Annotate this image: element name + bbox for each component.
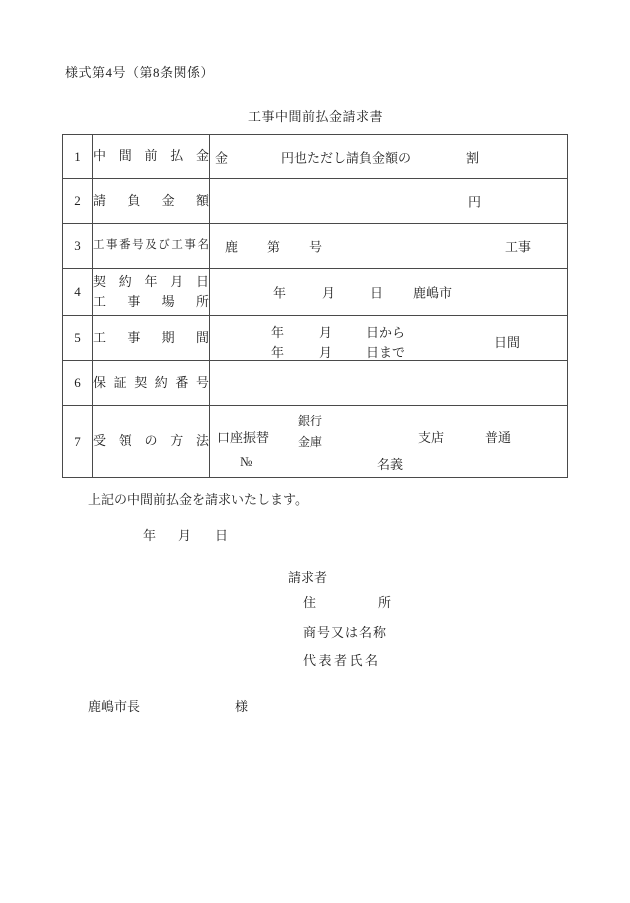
- row-number: 5: [63, 316, 93, 361]
- payment-request-table: 1 中間前払金 金 円也ただし請負金額の 割 2 請負金額 円: [62, 134, 568, 478]
- date-day-label: 日: [215, 525, 228, 544]
- from-year-label: 年: [271, 322, 284, 341]
- interim-advance-amount-cell: 金 円也ただし請負金額の 割: [210, 135, 568, 179]
- construction-suffix: 工事: [505, 237, 531, 256]
- row-label-line1: 契約年月日: [93, 272, 209, 292]
- row-label-cell: 工事番号及び工事名: [93, 224, 210, 269]
- row-label-cell: 工事期間: [93, 316, 210, 361]
- account-type-label: 普通: [485, 427, 511, 446]
- row-label: 受領の方法: [93, 431, 209, 451]
- construction-number-name-cell: 鹿 第 号 工事: [210, 224, 568, 269]
- credit-union-label: 金庫: [298, 432, 322, 453]
- to-year-label: 年: [271, 342, 284, 361]
- requester-representative-label: 代表者氏名: [303, 650, 381, 669]
- to-month-label: 月: [319, 342, 332, 361]
- to-day-label: 日まで: [366, 342, 405, 361]
- form-number: 様式第4号（第8条関係）: [65, 62, 214, 81]
- row-label-cell: 保証契約番号: [93, 361, 210, 406]
- amount-prefix: 金: [215, 147, 228, 166]
- recipient-honorific: 様: [235, 696, 248, 715]
- table-row-6: 6 保証契約番号: [63, 361, 568, 406]
- recipient-title: 鹿嶋市長: [88, 696, 140, 715]
- bank-label: 銀行: [298, 411, 322, 432]
- guarantee-contract-number-cell: [210, 361, 568, 406]
- row-label-cell: 請負金額: [93, 179, 210, 224]
- from-day-label: 日から: [366, 322, 405, 341]
- table-row-3: 3 工事番号及び工事名 鹿 第 号 工事: [63, 224, 568, 269]
- row-number: 1: [63, 135, 93, 179]
- row-label: 請負金額: [93, 191, 209, 211]
- row-number: 6: [63, 361, 93, 406]
- number-dai: 第: [267, 237, 280, 256]
- row-label-cell: 契約年月日 工事場所: [93, 269, 210, 316]
- row-label: 工事番号及び工事名: [93, 237, 209, 255]
- table-row-1: 1 中間前払金 金 円也ただし請負金額の 割: [63, 135, 568, 179]
- transfer-method-label: 口座振替: [217, 427, 269, 446]
- page-title: 工事中間前払金請求書: [248, 106, 383, 125]
- table-row-4: 4 契約年月日 工事場所 年 月 日 鹿嶋市: [63, 269, 568, 316]
- from-month-label: 月: [319, 322, 332, 341]
- construction-period-cell: 年 月 日から 年 月 日まで 日間: [210, 316, 568, 361]
- row-label-line2: 工事場所: [93, 292, 209, 312]
- row-number: 2: [63, 179, 93, 224]
- table-row-2: 2 請負金額 円: [63, 179, 568, 224]
- bank-or-credit-union-stack: 銀行 金庫: [298, 411, 322, 453]
- account-number-mark: №: [240, 454, 252, 470]
- row-label-cell: 受領の方法: [93, 406, 210, 478]
- year-label: 年: [273, 283, 286, 302]
- row-number: 3: [63, 224, 93, 269]
- date-year-label: 年: [143, 525, 156, 544]
- requester-heading: 請求者: [288, 567, 327, 586]
- month-label: 月: [322, 283, 335, 302]
- request-statement: 上記の中間前払金を請求いたします。: [88, 489, 308, 508]
- row-label: 保証契約番号: [93, 373, 209, 393]
- table-row-7: 7 受領の方法 口座振替 銀行 金庫 支店 普通 № 名義: [63, 406, 568, 478]
- day-label: 日: [370, 283, 383, 302]
- number-prefix: 鹿: [225, 237, 238, 256]
- document-page: 様式第4号（第8条関係） 工事中間前払金請求書 1 中間前払金 金 円也ただし請…: [0, 0, 630, 903]
- requester-address-label: 住所: [303, 592, 391, 611]
- duration-unit: 日間: [494, 332, 520, 351]
- amount-clause: 円也ただし請負金額の: [281, 147, 411, 166]
- branch-label: 支店: [418, 427, 444, 446]
- contract-amount-cell: 円: [210, 179, 568, 224]
- row-number: 7: [63, 406, 93, 478]
- yen-unit: 円: [468, 192, 481, 211]
- receipt-method-cell: 口座振替 銀行 金庫 支店 普通 № 名義: [210, 406, 568, 478]
- row-label-cell: 中間前払金: [93, 135, 210, 179]
- row-label: 中間前払金: [93, 146, 209, 166]
- place-label: 鹿嶋市: [413, 283, 452, 302]
- ratio-unit: 割: [466, 147, 479, 166]
- account-holder-label: 名義: [377, 454, 403, 473]
- row-number: 4: [63, 269, 93, 316]
- requester-company-label: 商号又は名称: [303, 622, 387, 641]
- row-label: 工事期間: [93, 328, 209, 348]
- date-month-label: 月: [178, 525, 191, 544]
- table-row-5: 5 工事期間 年 月 日から 年 月 日まで 日間: [63, 316, 568, 361]
- number-go: 号: [309, 237, 322, 256]
- contract-date-place-cell: 年 月 日 鹿嶋市: [210, 269, 568, 316]
